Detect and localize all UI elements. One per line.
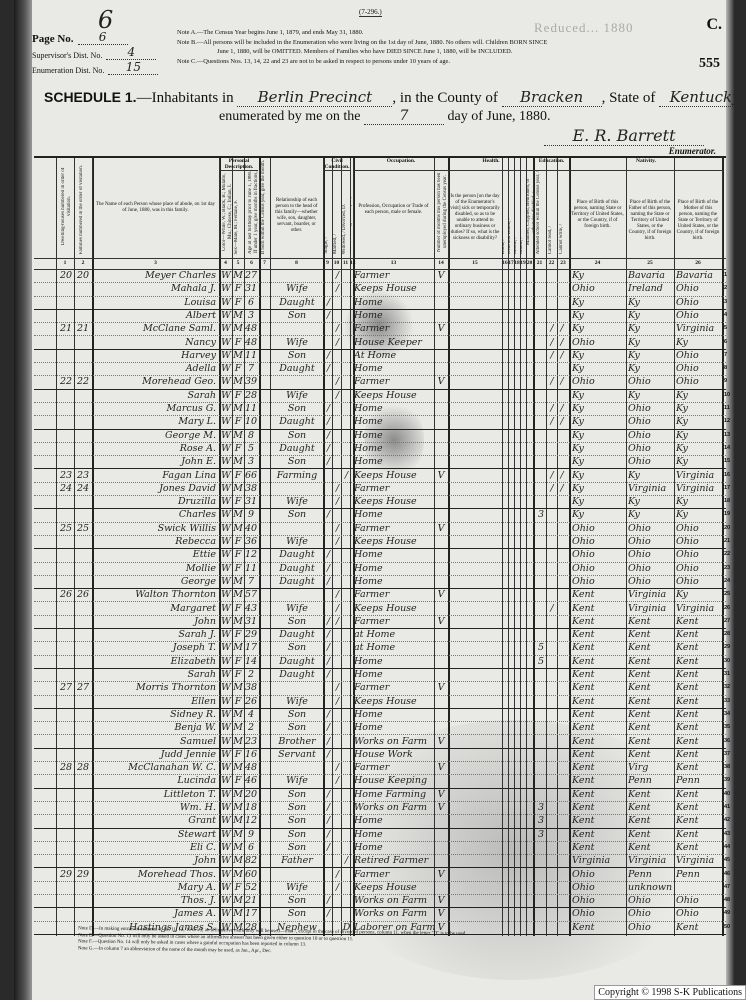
mother-birthplace-value: Kent [676,828,720,841]
mother-birthplace-value: Virginia [676,469,720,482]
cannot-read-mark: / [547,322,557,335]
unemployed-mark: V [436,322,446,335]
table-row: James A.WM17Son/Works on FarmVOhioOhioOh… [34,907,726,921]
mother-birthplace-value: Kent [676,695,720,708]
sex-value: F [232,442,244,455]
color-value: W [220,336,232,349]
father-birthplace-value: Kent [628,668,674,681]
occupation-value: Works on Farm [354,735,434,748]
occupation-value: Home [354,455,434,468]
person-name: Jones David [96,482,220,495]
sex-value: M [232,588,244,601]
table-row: 2424Jones DavidWM38/Farmer//KyVirginiaVi… [34,482,726,496]
table-row: George M.WM8Son/HomeKyOhioKy13 [34,429,726,443]
table-row: Mary L.WF10Daught/Home//KyOhioKy12 [34,415,726,429]
color-value: W [220,801,232,814]
line-number: 43 [724,828,734,841]
birthplace-value: Kent [572,841,626,854]
married-mark: / [333,482,342,495]
color-value: W [220,748,232,761]
unemployed-mark: V [436,894,446,907]
relationship-value: Son [272,455,322,468]
sex-value: F [232,562,244,575]
line-number: 34 [724,708,734,721]
mother-birthplace-value: Bavaria [676,269,720,282]
relationship-value: Daught [272,628,322,641]
mother-birthplace-value: Kent [676,761,720,774]
unemployed-mark: V [436,788,446,801]
relationship-value: Daught [272,296,322,309]
color-value: W [220,282,232,295]
relationship-value: Daught [272,655,322,668]
person-name: Louisa [96,296,220,309]
birthplace-value: Kent [572,602,626,615]
col-mother-birthplace-header: Place of Birth of the Mother of this per… [676,200,720,242]
father-birthplace-value: Ohio [628,548,674,561]
line-number: 7 [724,349,734,362]
line-number: 10 [724,389,734,402]
sex-value: M [232,708,244,721]
note-b: Note B.—All persons will be included in … [177,38,657,48]
married-mark: / [333,389,342,402]
age-value: 21 [244,894,258,907]
school-mark: 5 [535,641,547,654]
person-name: Meyer Charles [96,269,220,282]
line-number: 21 [724,535,734,548]
occupation-value: Retired Farmer [354,854,434,867]
school-mark: 3 [535,801,547,814]
sex-value: F [232,881,244,894]
age-value: 12 [244,548,258,561]
birthplace-value: Kent [572,681,626,694]
sex-value: M [232,269,244,282]
line-number: 40 [724,788,734,801]
age-value: 39 [244,375,258,388]
age-value: 82 [244,854,258,867]
color-value: W [220,495,232,508]
single-mark: / [324,841,333,854]
enumerator-signature: E. R. Barrett [544,126,704,146]
mother-birthplace-value: Ky [676,415,720,428]
sex-value: M [232,522,244,535]
col-cannot-read-header: Cannot read, / [548,226,554,254]
father-birthplace-value: Ky [628,296,674,309]
person-name: Joseph T. [96,641,220,654]
birthplace-value: Ky [572,469,626,482]
family-number: 28 [74,761,92,774]
age-value: 7 [244,575,258,588]
color-value: W [220,735,232,748]
occupation-value: Keeps House [354,282,434,295]
occupation-value: Farmer [354,761,434,774]
color-value: W [220,708,232,721]
father-birthplace-value: Kent [628,814,674,827]
sex-value: M [232,854,244,867]
mother-birthplace-value: Ohio [676,349,720,362]
unemployed-mark: V [436,801,446,814]
married-mark: / [333,336,342,349]
birthplace-value: Ky [572,442,626,455]
color-value: W [220,535,232,548]
person-name: Wm. H. [96,801,220,814]
father-birthplace-value: Kent [628,708,674,721]
single-mark: / [324,429,333,442]
sex-value: M [232,375,244,388]
married-mark: / [333,695,342,708]
age-value: 28 [244,389,258,402]
married-mark: / [333,881,342,894]
place-name: Berlin Precinct [237,88,392,107]
mother-birthplace-value: Ky [676,389,720,402]
single-mark: / [324,508,333,521]
state-label: State of [609,90,655,106]
person-name: Lucinda [96,774,220,787]
married-mark: / [333,522,342,535]
cannot-read-mark: / [547,336,557,349]
father-birthplace-value: Virginia [628,482,674,495]
col-cannot-write-header: Cannot write, / [559,224,565,254]
single-mark: / [324,788,333,801]
single-mark: / [324,548,333,561]
color-value: W [220,602,232,615]
mother-birthplace-value: Ky [676,429,720,442]
date-suffix: day of June, 1880. [448,109,551,124]
mother-birthplace-value: Kent [676,735,720,748]
occupation-value: Home [354,362,434,375]
birthplace-value: Ohio [572,868,626,881]
age-value: 4 [244,708,258,721]
father-birthplace-value: Ky [628,495,674,508]
relationship-value: Daught [272,362,322,375]
sex-value: M [232,681,244,694]
occupation-value: Home [354,721,434,734]
single-mark: / [324,455,333,468]
mother-birthplace-value: Virginia [676,602,720,615]
occupation-value: Farmer [354,588,434,601]
birthplace-value: Ohio [572,548,626,561]
occupation-value: Farmer [354,269,434,282]
enumerated-text: enumerated by me on the [219,109,361,124]
sex-value: F [232,389,244,402]
line-number: 33 [724,695,734,708]
line-number: 9 [724,375,734,388]
birthplace-value: Ky [572,296,626,309]
line-number: 19 [724,508,734,521]
line-number: 11 [724,402,734,415]
birthplace-value: Ohio [572,881,626,894]
mother-birthplace-value: Ohio [676,362,720,375]
color-value: W [220,402,232,415]
birthplace-value: Ohio [572,907,626,920]
person-name: Druzilla [96,495,220,508]
person-name: Samuel [96,735,220,748]
color-value: W [220,761,232,774]
widowed-mark: / [342,469,351,482]
col-deaf-header: Deaf and Dumb, / [508,218,513,254]
relationship-value: Son [272,708,322,721]
dwelling-number: 20 [58,269,74,282]
relationship-value: Son [272,309,322,322]
person-name: Thos. J. [96,894,220,907]
cannot-write-mark: / [557,402,567,415]
occupation-value: Keeps House [354,602,434,615]
table-row: 2626Walton ThorntonWM57/FarmerVKentVirgi… [34,588,726,602]
color-value: W [220,841,232,854]
father-birthplace-value: Ohio [628,562,674,575]
cannot-read-mark: / [547,482,557,495]
father-birthplace-value: Ky [628,508,674,521]
sex-value: F [232,668,244,681]
occupation-value: Keeps House [354,469,434,482]
color-value: W [220,322,232,335]
father-birthplace-value: Ohio [628,575,674,588]
age-value: 18 [244,801,258,814]
mother-birthplace-value: Ohio [676,282,720,295]
birthplace-value: Kent [572,655,626,668]
mother-birthplace-value: Ky [676,455,720,468]
birthplace-value: Kent [572,615,626,628]
mother-birthplace-value: Ohio [676,575,720,588]
person-name: Morris Thornton [96,681,220,694]
relationship-value: Wife [272,535,322,548]
dwelling-number: 25 [58,522,74,535]
table-row: SamuelWM23Brother/Works on FarmVKentKent… [34,735,726,749]
occupation-value: Keeps House [354,495,434,508]
line-number: 15 [724,455,734,468]
person-name: Benja W. [96,721,220,734]
occupation-value: at Home [354,628,434,641]
dwelling-number: 22 [58,375,74,388]
birthplace-value: Kent [572,788,626,801]
relationship-value: Brother [272,735,322,748]
occupation-value: Works on Farm [354,894,434,907]
relationship-value: Son [272,429,322,442]
sex-value: M [232,508,244,521]
sex-value: F [232,535,244,548]
age-value: 43 [244,602,258,615]
age-value: 3 [244,309,258,322]
cannot-write-mark: / [557,375,567,388]
sex-value: F [232,655,244,668]
line-number: 1 [724,269,734,282]
unemployed-mark: V [436,375,446,388]
sex-value: F [232,548,244,561]
relationship-value: Son [272,788,322,801]
col-family-header: Families numbered in the order of visita… [79,165,85,254]
table-row: DruzillaWF31Wife/Keeps HouseKyKyKy18 [34,495,726,509]
table-row: AdellaWF7Daught/HomeKyKyOhio8 [34,362,726,376]
person-name: Grant [96,814,220,827]
sex-value: M [232,828,244,841]
father-birthplace-value: Bavaria [628,269,674,282]
father-birthplace-value: Virginia [628,602,674,615]
table-row: StewartWM9Son/Home3KentKentKent43 [34,828,726,842]
enumeration-day: 7 [364,108,444,125]
person-name: James A. [96,907,220,920]
table-row: 2020Meyer CharlesWM27/FarmerVKyBavariaBa… [34,269,726,283]
relationship-value: Servant [272,748,322,761]
mother-birthplace-value: Kent [676,841,720,854]
birthplace-value: Kent [572,735,626,748]
age-value: 9 [244,828,258,841]
color-value: W [220,828,232,841]
person-name: Rose A. [96,442,220,455]
relationship-value: Daught [272,562,322,575]
table-row: Judd JennieWF16Servant/House WorkKentKen… [34,748,726,762]
sex-value: F [232,362,244,375]
mother-birthplace-value: Virginia [676,854,720,867]
color-value: W [220,269,232,282]
page-no-label: Page No. [32,33,74,45]
birthplace-value: Ky [572,349,626,362]
color-value: W [220,868,232,881]
line-number: 22 [724,548,734,561]
sex-value: F [232,336,244,349]
table-row: 2727Morris ThorntonWM38/FarmerVKentKentK… [34,681,726,695]
age-value: 11 [244,402,258,415]
dwelling-number: 29 [58,868,74,881]
occupation-value: Home [354,668,434,681]
age-value: 3 [244,455,258,468]
table-row: Sarah J.WF29Daught/at HomeKentKentKent28 [34,628,726,642]
line-number: 50 [724,921,734,934]
married-mark: / [333,375,342,388]
birthplace-value: Ky [572,429,626,442]
family-number: 24 [74,482,92,495]
table-row: Thos. J.WM21Son/Works on FarmVOhioOhioOh… [34,894,726,908]
father-birthplace-value: Ky [628,349,674,362]
sex-value: F [232,628,244,641]
mother-birthplace-value: Kent [676,708,720,721]
unemployed-mark: V [436,761,446,774]
table-row: Wm. H.WM18Son/Works on FarmV3KentKentKen… [34,801,726,815]
cannot-read-mark: / [547,469,557,482]
birthplace-value: Ohio [572,535,626,548]
line-number: 42 [724,814,734,827]
color-value: W [220,668,232,681]
mother-birthplace-value: Ohio [676,907,720,920]
father-birthplace-value: Virginia [628,588,674,601]
married-mark: / [333,774,342,787]
cannot-write-mark: / [557,469,567,482]
married-mark: / [333,322,342,335]
table-row: JohnWM82Father/Retired FarmerVirginiaVir… [34,854,726,868]
birthplace-value: Kent [572,628,626,641]
table-row: 2121McClane Saml.WM48/FarmerV//KyKyVirgi… [34,322,726,336]
relationship-value: Son [272,349,322,362]
table-row: 2828McClanahan W. C.WM48/FarmerVKentVirg… [34,761,726,775]
age-value: 52 [244,881,258,894]
father-birthplace-value: Kent [628,721,674,734]
sex-value: M [232,761,244,774]
relationship-value: Daught [272,548,322,561]
single-mark: / [324,801,333,814]
occupation-value: Home [354,415,434,428]
single-mark: / [324,349,333,362]
line-number: 48 [724,894,734,907]
age-value: 38 [244,681,258,694]
occupation-value: Home [354,828,434,841]
birthplace-value: Kent [572,708,626,721]
mother-birthplace-value: Penn [676,868,720,881]
mother-birthplace-value: Virginia [676,322,720,335]
single-mark: / [324,814,333,827]
family-number: 25 [74,522,92,535]
sex-value: M [232,309,244,322]
father-birthplace-value: Kent [628,735,674,748]
birthplace-value: Ky [572,362,626,375]
table-row: LouisaWF6Daught/HomeKyKyOhio3 [34,296,726,310]
occupation-value: Farmer [354,868,434,881]
father-birthplace-value: Kent [628,641,674,654]
color-value: W [220,375,232,388]
relationship-value: Wife [272,282,322,295]
family-number: 26 [74,588,92,601]
occupation-value: Home [354,575,434,588]
father-birthplace-value: Kent [628,801,674,814]
relationship-value: Daught [272,668,322,681]
color-value: W [220,455,232,468]
person-name: Morehead Thos. [96,868,220,881]
color-value: W [220,907,232,920]
mother-birthplace-value: Ohio [676,562,720,575]
mother-birthplace-value: Kent [676,921,720,934]
sex-value: M [232,455,244,468]
school-mark: 5 [535,655,547,668]
father-birthplace-value: Kent [628,681,674,694]
birthplace-value: Ky [572,508,626,521]
relationship-value: Daught [272,575,322,588]
line-number: 13 [724,429,734,442]
unemployed-mark: V [436,522,446,535]
birthplace-value: Kent [572,761,626,774]
occupation-value: Home [354,562,434,575]
color-value: W [220,389,232,402]
mother-birthplace-value: Ohio [676,894,720,907]
widowed-mark: / [342,854,351,867]
age-value: 57 [244,588,258,601]
person-name: Sidney R. [96,708,220,721]
mother-birthplace-value: Kent [676,681,720,694]
single-mark: / [324,828,333,841]
person-name: Charles [96,508,220,521]
schedule-title: SCHEDULE 1. [44,89,137,105]
unemployed-mark: V [436,469,446,482]
person-name: Mary A. [96,881,220,894]
age-value: 16 [244,748,258,761]
relationship-value: Son [272,402,322,415]
age-value: 9 [244,508,258,521]
person-name: Sarah [96,668,220,681]
line-number: 14 [724,442,734,455]
occupation-value: Home [354,655,434,668]
married-mark: / [333,868,342,881]
age-value: 27 [244,269,258,282]
line-number: 23 [724,562,734,575]
occupation-value: Works on Farm [354,801,434,814]
cannot-write-mark: / [557,322,567,335]
occupation-value: Farmer [354,322,434,335]
color-value: W [220,562,232,575]
line-number: 20 [724,522,734,535]
line-number: 29 [724,641,734,654]
color-value: W [220,508,232,521]
sex-value: M [232,868,244,881]
birthplace-value: Ohio [572,336,626,349]
father-birthplace-value: Kent [628,788,674,801]
col-school-header: Attended school within the Census year, … [536,171,542,254]
line-number: 41 [724,801,734,814]
